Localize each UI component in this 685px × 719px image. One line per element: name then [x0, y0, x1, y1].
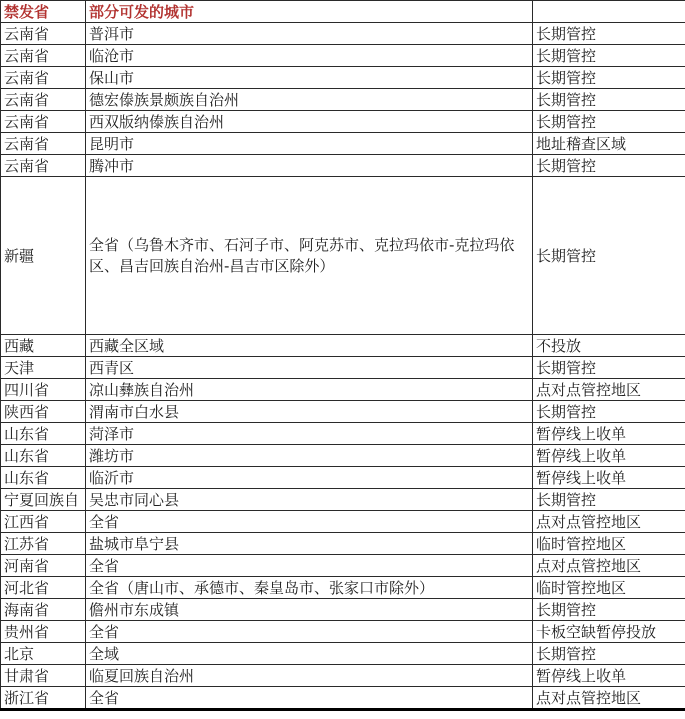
cell-province[interactable]: 四川省	[1, 379, 86, 401]
cell-cities[interactable]: 西藏全区域	[86, 335, 533, 357]
cell-status[interactable]: 不投放	[533, 335, 685, 357]
cell-status[interactable]: 长期管控	[533, 599, 685, 621]
header-row: 禁发省 部分可发的城市	[1, 1, 685, 23]
restricted-shipping-table: 禁发省 部分可发的城市 云南省普洱市长期管控云南省临沧市长期管控云南省保山市长期…	[0, 0, 685, 711]
table-row: 西藏西藏全区域不投放	[1, 335, 685, 357]
cell-status[interactable]: 长期管控	[533, 67, 685, 89]
cell-status[interactable]: 暂停线上收单	[533, 665, 685, 687]
cell-province[interactable]: 宁夏回族自	[1, 489, 86, 511]
cell-status[interactable]: 点对点管控地区	[533, 511, 685, 533]
cell-cities[interactable]: 德宏傣族景颇族自治州	[86, 89, 533, 111]
cell-cities[interactable]: 儋州市东成镇	[86, 599, 533, 621]
cell-status[interactable]: 暂停线上收单	[533, 445, 685, 467]
cell-cities[interactable]: 吴忠市同心县	[86, 489, 533, 511]
table-row: 云南省昆明市地址稽查区域	[1, 133, 685, 155]
cell-cities[interactable]: 西双版纳傣族自治州	[86, 111, 533, 133]
cell-status[interactable]: 长期管控	[533, 177, 685, 335]
cell-cities[interactable]: 全省（乌鲁木齐市、石河子市、阿克苏市、克拉玛依市-克拉玛依区、昌吉回族自治州-昌…	[86, 177, 533, 335]
table-row: 河北省全省（唐山市、承德市、秦皇岛市、张家口市除外）临时管控地区	[1, 577, 685, 599]
table-row: 甘肃省临夏回族自治州暂停线上收单	[1, 665, 685, 687]
table-row: 贵州省全省卡板空缺暂停投放	[1, 621, 685, 643]
cell-cities[interactable]: 临沧市	[86, 45, 533, 67]
cell-province[interactable]: 江西省	[1, 511, 86, 533]
cell-province[interactable]: 河南省	[1, 555, 86, 577]
table-row: 云南省保山市长期管控	[1, 67, 685, 89]
cell-status[interactable]: 长期管控	[533, 45, 685, 67]
cell-province[interactable]: 云南省	[1, 155, 86, 177]
cell-province[interactable]: 天津	[1, 357, 86, 379]
cell-status[interactable]: 点对点管控地区	[533, 555, 685, 577]
cell-province[interactable]: 云南省	[1, 89, 86, 111]
cell-cities[interactable]: 全省	[86, 511, 533, 533]
table-row: 天津西青区长期管控	[1, 357, 685, 379]
cell-cities[interactable]: 西青区	[86, 357, 533, 379]
table-row: 山东省菏泽市暂停线上收单	[1, 423, 685, 445]
table-row: 江苏省盐城市阜宁县临时管控地区	[1, 533, 685, 555]
cell-cities[interactable]: 盐城市阜宁县	[86, 533, 533, 555]
cell-status[interactable]: 点对点管控地区	[533, 379, 685, 401]
cell-cities[interactable]: 普洱市	[86, 23, 533, 45]
cell-status[interactable]: 暂停线上收单	[533, 467, 685, 489]
cell-status[interactable]: 长期管控	[533, 357, 685, 379]
cell-status[interactable]: 暂停线上收单	[533, 423, 685, 445]
cell-status[interactable]: 长期管控	[533, 401, 685, 423]
cell-cities[interactable]: 全省	[86, 555, 533, 577]
cell-cities[interactable]: 腾冲市	[86, 155, 533, 177]
cell-status[interactable]: 长期管控	[533, 89, 685, 111]
cell-cities[interactable]: 临夏回族自治州	[86, 665, 533, 687]
cell-status[interactable]: 临时管控地区	[533, 533, 685, 555]
cell-province[interactable]: 山东省	[1, 467, 86, 489]
cell-cities[interactable]: 全省	[86, 687, 533, 710]
table-row: 四川省凉山彝族自治州点对点管控地区	[1, 379, 685, 401]
cell-province[interactable]: 北京	[1, 643, 86, 665]
cell-province[interactable]: 云南省	[1, 45, 86, 67]
cell-cities[interactable]: 菏泽市	[86, 423, 533, 445]
table-row: 新疆全省（乌鲁木齐市、石河子市、阿克苏市、克拉玛依市-克拉玛依区、昌吉回族自治州…	[1, 177, 685, 335]
table-row: 海南省儋州市东成镇长期管控	[1, 599, 685, 621]
cell-status[interactable]: 长期管控	[533, 155, 685, 177]
cell-cities[interactable]: 昆明市	[86, 133, 533, 155]
table-row: 宁夏回族自吴忠市同心县长期管控	[1, 489, 685, 511]
table-row: 北京全域长期管控	[1, 643, 685, 665]
cell-province[interactable]: 江苏省	[1, 533, 86, 555]
table-row: 江西省全省点对点管控地区	[1, 511, 685, 533]
cell-province[interactable]: 新疆	[1, 177, 86, 335]
table-row: 云南省腾冲市长期管控	[1, 155, 685, 177]
cell-cities[interactable]: 全省（唐山市、承德市、秦皇岛市、张家口市除外）	[86, 577, 533, 599]
header-cell-status[interactable]	[533, 1, 685, 23]
cell-cities[interactable]: 全省	[86, 621, 533, 643]
cell-province[interactable]: 浙江省	[1, 687, 86, 710]
cell-province[interactable]: 云南省	[1, 67, 86, 89]
cell-province[interactable]: 甘肃省	[1, 665, 86, 687]
cell-province[interactable]: 海南省	[1, 599, 86, 621]
cell-status[interactable]: 临时管控地区	[533, 577, 685, 599]
spreadsheet-view: 禁发省 部分可发的城市 云南省普洱市长期管控云南省临沧市长期管控云南省保山市长期…	[0, 0, 685, 719]
cell-cities[interactable]: 渭南市白水县	[86, 401, 533, 423]
table-row: 浙江省全省点对点管控地区	[1, 687, 685, 710]
cell-status[interactable]: 长期管控	[533, 111, 685, 133]
cell-cities[interactable]: 潍坊市	[86, 445, 533, 467]
cell-province[interactable]: 西藏	[1, 335, 86, 357]
cell-status[interactable]: 长期管控	[533, 489, 685, 511]
table-row: 陕西省渭南市白水县长期管控	[1, 401, 685, 423]
cell-status[interactable]: 点对点管控地区	[533, 687, 685, 710]
header-cell-cities[interactable]: 部分可发的城市	[86, 1, 533, 23]
cell-cities[interactable]: 临沂市	[86, 467, 533, 489]
table-row: 云南省德宏傣族景颇族自治州长期管控	[1, 89, 685, 111]
cell-status[interactable]: 地址稽查区域	[533, 133, 685, 155]
cell-province[interactable]: 陕西省	[1, 401, 86, 423]
table-row: 山东省临沂市暂停线上收单	[1, 467, 685, 489]
table-row: 云南省普洱市长期管控	[1, 23, 685, 45]
table-body: 云南省普洱市长期管控云南省临沧市长期管控云南省保山市长期管控云南省德宏傣族景颇族…	[1, 23, 685, 710]
cell-status[interactable]: 卡板空缺暂停投放	[533, 621, 685, 643]
cell-province[interactable]: 贵州省	[1, 621, 86, 643]
table-row: 河南省全省点对点管控地区	[1, 555, 685, 577]
table-row: 云南省临沧市长期管控	[1, 45, 685, 67]
cell-province[interactable]: 云南省	[1, 23, 86, 45]
cell-province[interactable]: 山东省	[1, 445, 86, 467]
table-row: 云南省西双版纳傣族自治州长期管控	[1, 111, 685, 133]
cell-province[interactable]: 山东省	[1, 423, 86, 445]
cell-cities[interactable]: 凉山彝族自治州	[86, 379, 533, 401]
cell-province[interactable]: 云南省	[1, 133, 86, 155]
cell-cities[interactable]: 保山市	[86, 67, 533, 89]
table-row: 山东省潍坊市暂停线上收单	[1, 445, 685, 467]
cell-province[interactable]: 云南省	[1, 111, 86, 133]
header-cell-province[interactable]: 禁发省	[1, 1, 86, 23]
cell-status[interactable]: 长期管控	[533, 643, 685, 665]
cell-province[interactable]: 河北省	[1, 577, 86, 599]
cell-status[interactable]: 长期管控	[533, 23, 685, 45]
cell-cities[interactable]: 全域	[86, 643, 533, 665]
